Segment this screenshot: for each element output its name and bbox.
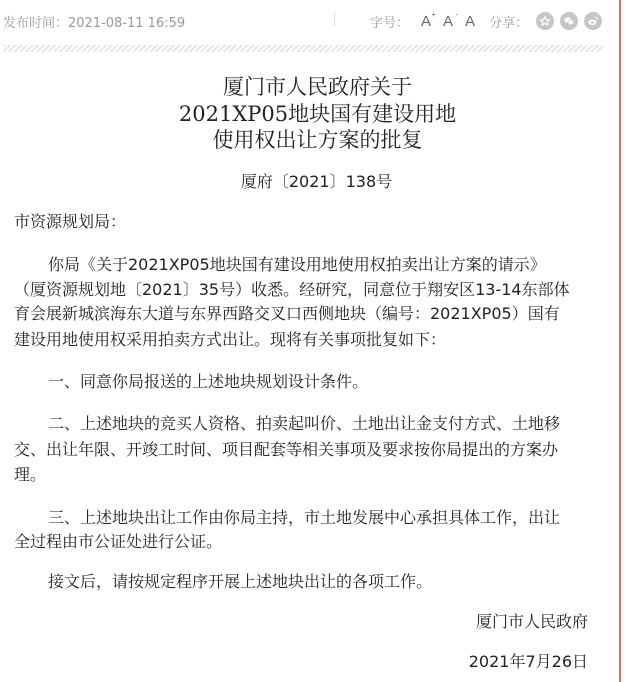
weibo-icon[interactable] — [584, 12, 602, 30]
qzone-star-icon[interactable] — [536, 12, 554, 30]
share-label: 分享： — [489, 12, 528, 31]
header-separator-stripe — [3, 45, 603, 52]
paragraph-line: 你局《关于2021XP05地块国有建设用地使用权拍卖出让方案的请示》 — [14, 255, 546, 275]
paragraph-line: 建设用地使用权采用拍卖方式出让。现将有关事项批复如下： — [14, 330, 446, 350]
document-number: 厦府〔2021〕138号 — [0, 169, 625, 192]
salutation: 市资源规划局： — [14, 212, 126, 232]
paragraph-line: 理。 — [14, 465, 46, 485]
header-divider — [334, 13, 335, 26]
paragraph-line: （厦资源规划地〔2021〕35号）收悉。经研究，同意位于翔安区13-14东部体 — [14, 280, 570, 300]
publish-time: 发布时间：2021-08-11 16:59 — [3, 12, 185, 31]
paragraph-line: 全过程由市公证处进行公证。 — [14, 532, 222, 552]
paragraph-line: 二、上述地块的竞买人资格、拍卖起叫价、土地出让金支付方式、土地移 — [14, 414, 560, 434]
wechat-icon[interactable] — [560, 12, 578, 30]
paragraph-line: 育会展新城滨海东大道与东界西路交叉口西侧地块（编号：2021XP05）国有 — [14, 304, 560, 324]
font-decrease-button[interactable]: A- — [443, 13, 453, 30]
signature: 厦门市人民政府 — [476, 612, 588, 632]
document-title: 厦门市人民政府关于 2021XP05地块国有建设用地 使用权出让方案的批复 — [0, 74, 625, 154]
title-line: 2021XP05地块国有建设用地 — [0, 101, 625, 128]
article-toolbar: 字号： A+ A- A 分享： — [370, 8, 602, 34]
paragraph-line: 交、出让年限、开竣工时间、项目配套等相关事项及要求按你局提出的方案办 — [14, 440, 558, 460]
font-increase-button[interactable]: A+ — [421, 13, 431, 30]
font-reset-button[interactable]: A — [465, 13, 475, 30]
font-size-label: 字号： — [370, 12, 409, 31]
paragraph-line: 一、同意你局报送的上述地块规划设计条件。 — [14, 372, 368, 392]
paragraph-line: 三、上述地块出让工作由你局主持，市土地发展中心承担具体工作，出让 — [14, 508, 560, 528]
paragraph-line: 接文后，请按规定程序开展上述地块出让的各项工作。 — [14, 572, 432, 592]
document-date: 2021年7月26日 — [469, 652, 588, 672]
title-line: 使用权出让方案的批复 — [0, 127, 625, 154]
title-line: 厦门市人民政府关于 — [0, 74, 625, 101]
